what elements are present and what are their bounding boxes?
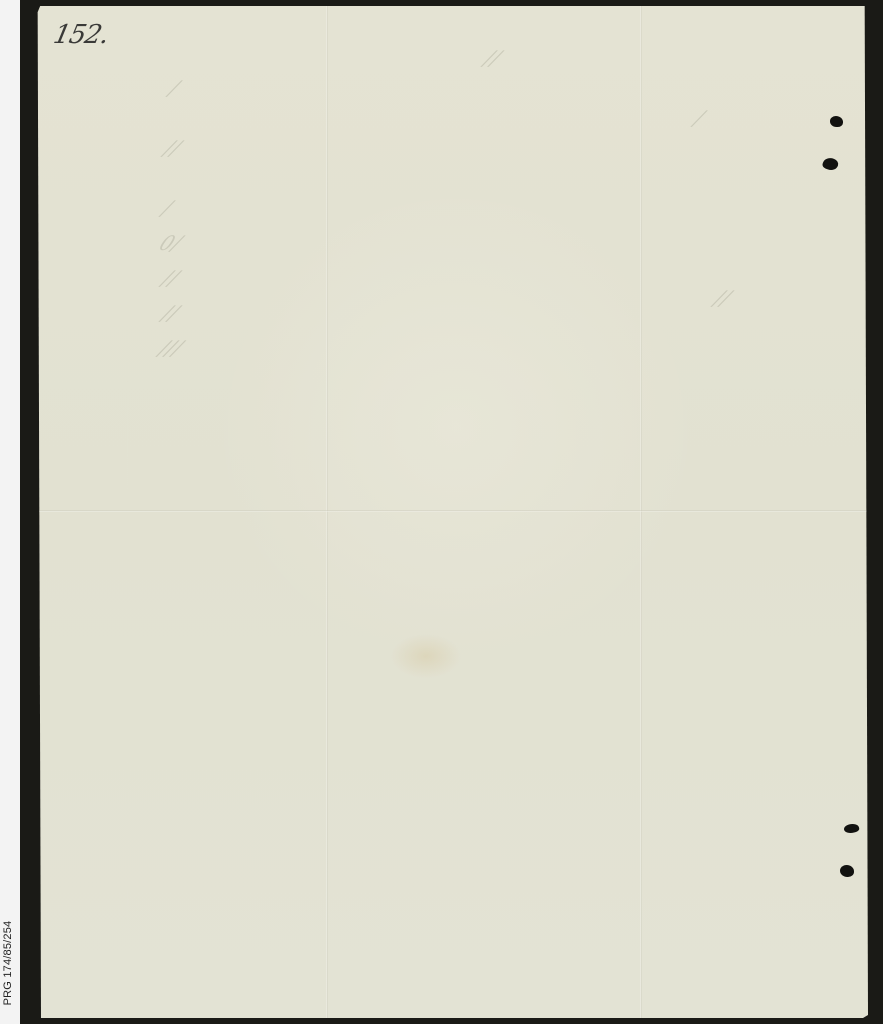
punch-hole xyxy=(821,156,839,172)
bleed-through-mark: // xyxy=(158,301,183,325)
bleed-through-mark: 0/ xyxy=(155,231,186,255)
vertical-fold-crease-left xyxy=(326,6,328,1018)
bleed-through-mark: // xyxy=(158,266,183,290)
bleed-through-mark: /// xyxy=(155,336,186,360)
bleed-through-mark: // xyxy=(480,46,505,70)
archive-reference-label: PRG 174/85/254 xyxy=(2,911,18,1015)
vertical-fold-crease-right xyxy=(640,6,642,1018)
horizontal-fold-crease xyxy=(36,510,868,512)
punch-hole xyxy=(830,116,843,127)
page-number: 152. xyxy=(51,20,111,50)
bleed-through-mark: / xyxy=(158,196,176,220)
bleed-through-mark: // xyxy=(710,286,735,310)
bleed-through-mark: // xyxy=(160,136,185,160)
punch-hole xyxy=(843,822,860,835)
punch-hole xyxy=(840,865,854,877)
bleed-through-mark: / xyxy=(690,106,708,130)
document-page: 152. / // / 0/ // // /// // / // xyxy=(36,6,868,1018)
bleed-through-mark: / xyxy=(165,76,183,100)
archive-margin-strip: PRG 174/85/254 xyxy=(0,0,20,1024)
